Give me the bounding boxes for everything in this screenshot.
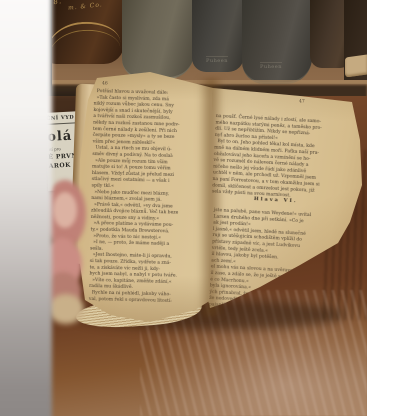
text-line: a tvářivší naši rozkoš zasmušilou, (93, 113, 205, 122)
text-line: byla ignorována.« (210, 282, 335, 295)
thumbnail (53, 192, 77, 228)
text-line: »I ne, — proto, že máme naději a (90, 239, 202, 248)
text-line: ničeho nešlo jej všude řádí jako zdánliv… (213, 163, 333, 176)
text-line: ých přinabral, že se při této odpovědi z… (209, 289, 334, 302)
text-line: něžnosti, pouze sny a vidiny.« (91, 214, 203, 223)
text-line: vrtěle, tedy ještě zcela.« (212, 245, 337, 258)
text-line: domil, sklíčenost a omrzelost jest pokor… (212, 182, 332, 195)
book-photo: 28. m. & Co. Puheen Puheen ČNÍ VYD olá n… (0, 0, 367, 416)
text-line: na paní Forrestovou, a v tom okamžiku js… (212, 176, 332, 189)
text-line: Byl to on. Jeho pohled těkal kol místa, … (214, 138, 334, 151)
text-line: uchtěl v něm, ale prchodl už. Vzpomněl j… (213, 170, 333, 183)
text-line: Larsen druhého dne při setkání. »Co je (213, 213, 338, 226)
text-line: jste na palubě, pane van Weydene!« uvíta… (214, 207, 339, 220)
text-line: kojovější a snad i skutečnější, byly (93, 107, 205, 116)
text-line: il zase, a zdálo se, že je ještě spokoje… (210, 270, 335, 283)
text-line: dlí. Už se nepřiblížím. Nikdy se nepřizn… (215, 126, 335, 139)
text-line: niklý rozum vůbec jakou cenu. Sny (94, 101, 206, 110)
left-page-text: Potřásl hlavou a uvažoval dále: »Tak čas… (89, 88, 206, 305)
text-line: nyť abro žurloo na přístel!« (215, 132, 335, 145)
text-line: sešla. (90, 245, 202, 254)
text-line: přístavy západně víc, a jest Ludvíkovu (212, 238, 337, 251)
text-line: vě se rozuměl do nálevem černé nálady a (213, 157, 333, 170)
right-page-paragraph: na poušť. Černé lysé nálady i zlostí, al… (212, 113, 336, 201)
gold-lettering: m. & Co. (68, 1, 103, 12)
chapter-heading: Hlava VI. (216, 194, 336, 206)
text-line: ach zemí.« (211, 257, 336, 270)
text-line: ty,« podotkla Mauda Brewsterová. (90, 226, 202, 235)
text-line: si tak pouze. Zřídka, vydřete a zná- (90, 258, 202, 267)
text-line: »Ale pouze můj rozum tím vším (92, 157, 204, 166)
text-line: směv divný a podivný. Na to doslal: (92, 151, 204, 160)
text-line: nami bláznem,« zvolal jsem já. (91, 195, 203, 204)
page-number: 46 (102, 81, 108, 86)
text-line: il hlavou, jakoby byl potěšen. (211, 251, 336, 264)
page-number: 47 (299, 99, 305, 104)
text-line: Rychle na ni pohlédl, jakoby váho- (89, 289, 201, 298)
charcoal-book-spine: Puheen (192, 0, 244, 72)
text-line: bych jsem nabyl, a nabyl v potu tváře. (89, 271, 201, 280)
photo-canvas: 28. m. & Co. Puheen Puheen ČNÍ VYD olá n… (0, 0, 416, 416)
text-line: Potřásl hlavou a uvažoval dále: (94, 88, 206, 97)
text-line: hlasem. Vždyť zůstat je přelud mezi (92, 170, 204, 179)
text-line: »Právě tak,« odvětil, »vy dva jsme (91, 201, 203, 210)
spine-label: Puheen (206, 56, 228, 64)
text-line: »Nebo jako mudřec mezi blázny, (91, 189, 203, 198)
text-line: el mohu vás na slovou a na uvěravatelší.… (211, 264, 336, 277)
text-line: na poušť. Černé lysé nálady i zlostí, al… (216, 113, 336, 126)
text-line: spíly tkl.« (92, 182, 204, 191)
text-line: »Proto, že vás to nic nestojí.« (90, 233, 202, 242)
text-line: ruji se utěšujícím schodištěm vplížil do (212, 232, 337, 245)
text-line: te, a získáváte víc nežli ji, kdy- (90, 264, 202, 273)
text-line: mého nazpátku starými peněz, a taměsko p… (215, 119, 335, 132)
open-book: 46 Potřásl hlavou a uvažoval dále: »Tak … (60, 68, 366, 334)
text-line: vším přec jenom zábleskl!« (93, 138, 205, 147)
text-line: val, potom řekl s opravdovou lítostí: (89, 296, 201, 305)
leather-book-spine: 28. m. & Co. (42, 0, 124, 64)
text-line: radila mu škádlivě. (89, 283, 201, 292)
page-corner-under-hand (48, 294, 84, 324)
text-line: mně na dálném klidném moři. Paťka naší p… (214, 144, 334, 157)
text-line: »A přece platíme a vydáváme pou- (91, 220, 203, 229)
book-gutter-shadow (198, 78, 224, 316)
text-line: tem černé nálady k zešílení. Při nich (93, 126, 205, 135)
text-line: Ustal, a na rtech se mu objevil ú- (92, 145, 204, 154)
text-line: čerpáte pouze »mysly« a ty se beze (93, 132, 205, 141)
text-line: někdy na rozkoš zastanou mne podiv- (93, 119, 205, 128)
text-line: l jasně,« odvětil jsem, hledě na slunečn… (213, 226, 338, 239)
text-line: é co Macrhonu.« (210, 276, 335, 289)
text-line: matujte si to! A pouze tomu věřím (92, 164, 204, 173)
text-line: »Víte co, kapitáne, změňte zdání,« (89, 277, 201, 286)
text-line: obžalovával jeho kaceřa a vzmínění se ho… (214, 151, 334, 164)
text-line: ak jest prodán!« (213, 220, 338, 233)
text-line: sela vždy pásti na svou marnivost. (212, 188, 332, 201)
text-line: »Tak často si myslívám, zda má (94, 94, 206, 103)
white-margin (367, 0, 416, 416)
text-line: »Jest lhostejno, máte-li ji opravdu, (90, 252, 202, 261)
text-line: zbloudilá dvojice bláznů. Več tak beze (91, 208, 203, 217)
blurred-foreground-object (0, 0, 52, 416)
text-line: stlačivý mezi ostatními — a však i (92, 176, 204, 185)
